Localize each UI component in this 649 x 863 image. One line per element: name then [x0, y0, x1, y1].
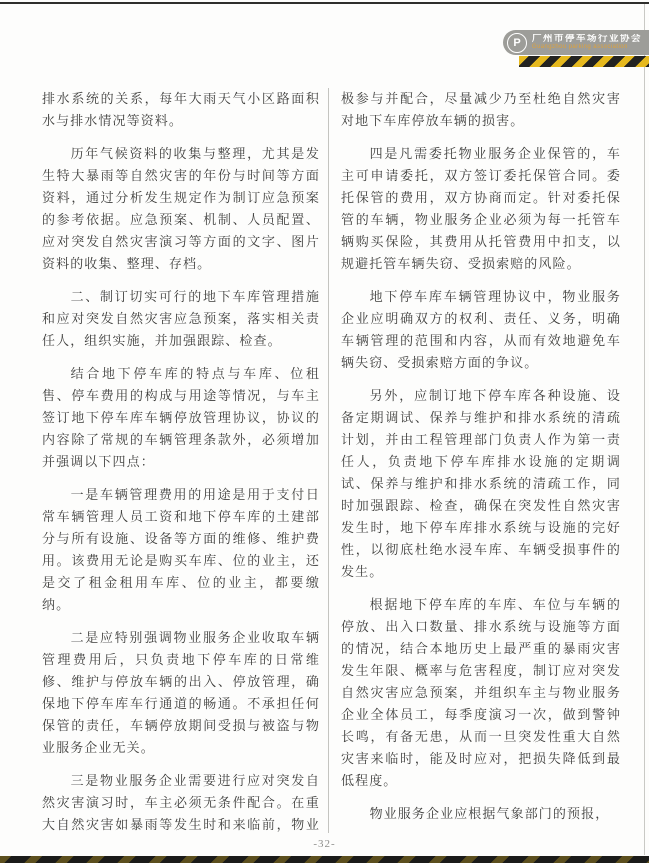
paragraph: 地下停车库车辆管理协议中，物业服务企业应明确双方的权利、责任、义务，明确车辆管理… — [341, 286, 621, 374]
paragraph: 四是凡需委托物业服务企业保管的，车主可申请委托，双方签订委托保管合同。委托保管的… — [341, 143, 621, 275]
association-logo-bar: P 广州市停车场行业协会 Guangzhou parking associati… — [503, 30, 649, 55]
page-right-border — [644, 4, 645, 855]
paragraph: 二是应特别强调物业服务企业收取车辆管理费用后，只负责地下停车库的日常维修、维护与… — [42, 627, 320, 759]
document-body: 排水系统的关系，每年大雨天气小区路面积水与排水情况等资料。 历年气候资料的收集与… — [42, 88, 622, 833]
association-header: P 广州市停车场行业协会 Guangzhou parking associati… — [503, 30, 649, 67]
association-name-en: Guangzhou parking association — [532, 44, 642, 50]
column-divider — [328, 88, 329, 833]
left-column: 排水系统的关系，每年大雨天气小区路面积水与排水情况等资料。 历年气候资料的收集与… — [42, 88, 320, 833]
paragraph: 极参与并配合，尽量减少乃至杜绝自然灾害对地下车库停放车辆的损害。 — [341, 88, 621, 132]
paragraph: 二、制订切实可行的地下车库管理措施和应对突发自然灾害应急预案，落实相关责任人，组… — [42, 286, 320, 352]
page-top-border — [0, 2, 649, 4]
association-name-zh: 广州市停车场行业协会 — [532, 34, 642, 44]
paragraph: 另外，应制订地下停车库各种设施、设备定期调试、保养与维护和排水系统的清疏计划，并… — [341, 385, 621, 583]
document-page: P 广州市停车场行业协会 Guangzhou parking associati… — [0, 0, 649, 863]
right-column: 极参与并配合，尽量减少乃至杜绝自然灾害对地下车库停放车辆的损害。 四是凡需委托物… — [341, 88, 621, 833]
parking-logo-icon: P — [507, 33, 527, 53]
paragraph: 物业服务企业应根据气象部门的预报， — [341, 803, 621, 825]
paragraph: 结合地下停车库的特点与车库、位租售、停车费用的构成与用途等情况，与车主签订地下停… — [42, 363, 320, 473]
paragraph: 一是车辆管理费用的用途是用于支付日常车辆管理人员工资和地下停车库的土建部分与所有… — [42, 484, 320, 616]
paragraph: 三是物业服务企业需要进行应对突发自然灾害演习时，车主必须无条件配合。在重大自然灾… — [42, 770, 320, 833]
association-names: 广州市停车场行业协会 Guangzhou parking association — [532, 34, 642, 50]
hazard-stripe-top — [519, 56, 649, 67]
page-number: -32- — [0, 838, 649, 850]
paragraph: 根据地下停车库的车库、车位与车辆的停放、出入口数量、排水系统与设施等方面的情况，… — [341, 594, 621, 792]
paragraph: 排水系统的关系，每年大雨天气小区路面积水与排水情况等资料。 — [42, 88, 320, 132]
paragraph: 历年气候资料的收集与整理，尤其是发生特大暴雨等自然灾害的年份与时间等方面资料，通… — [42, 143, 320, 275]
hazard-stripe-bottom — [0, 856, 649, 863]
